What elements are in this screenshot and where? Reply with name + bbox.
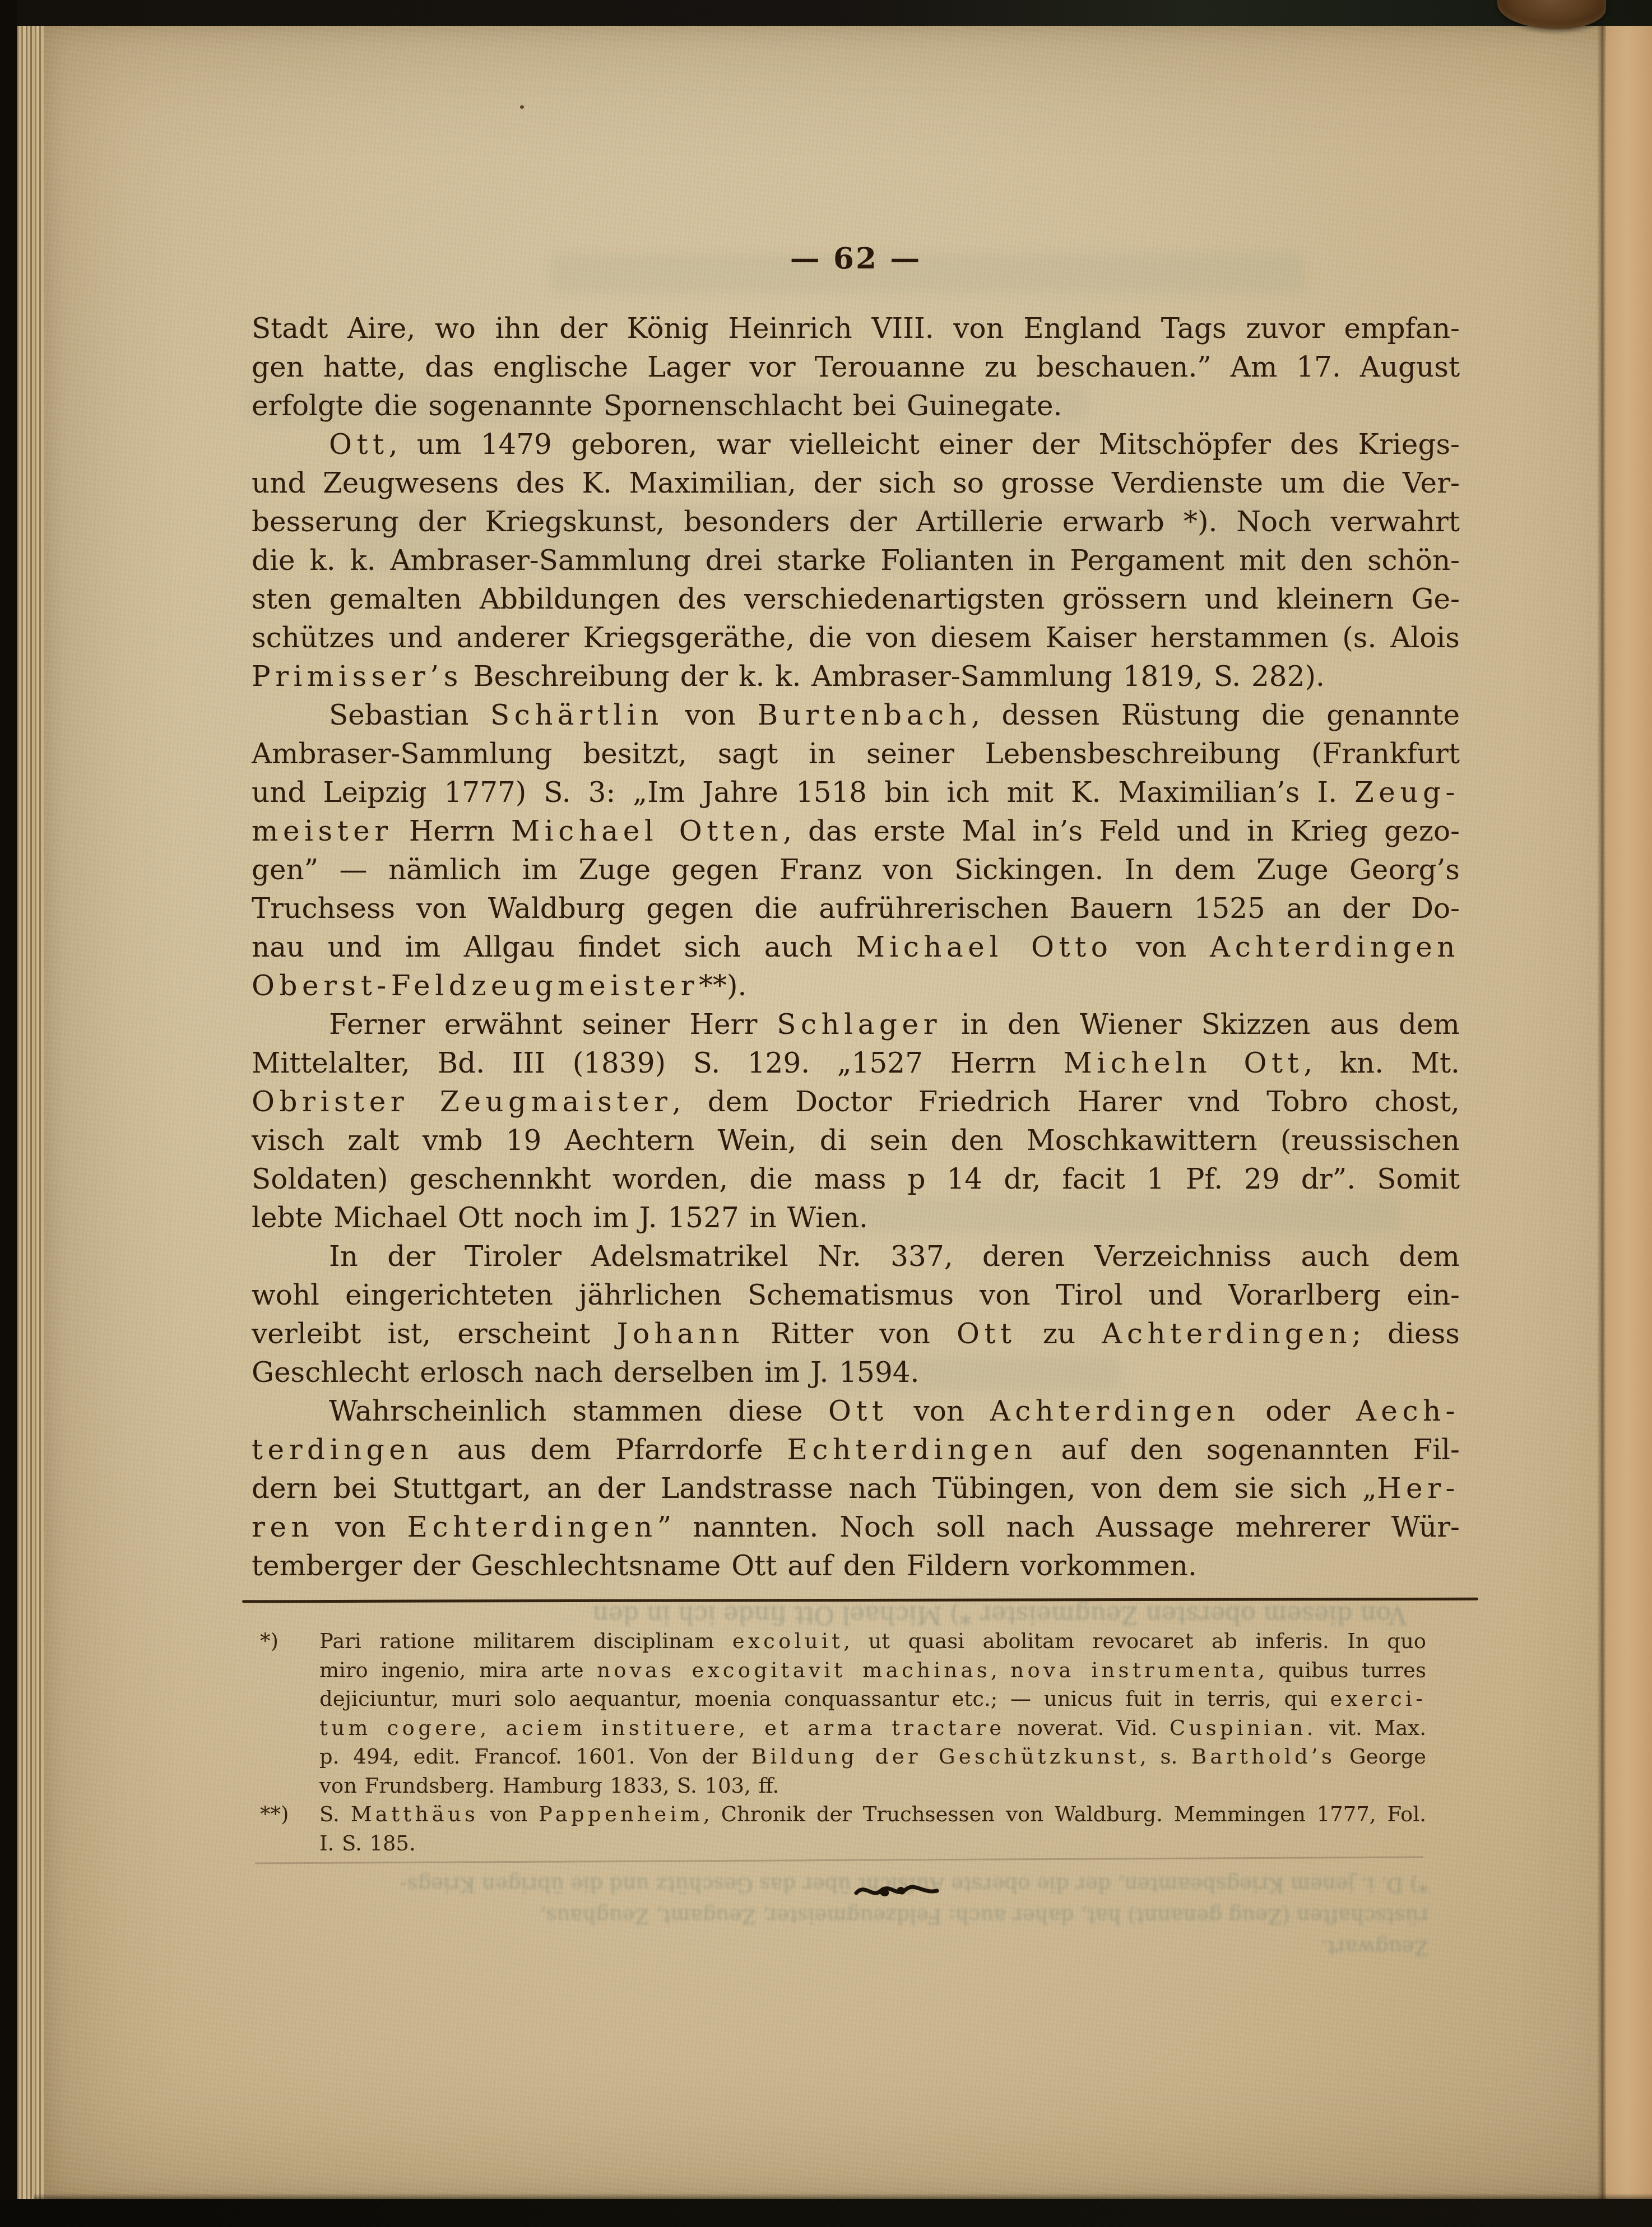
text-line: visch zalt vmb 19 Aechtern Wein, di sein…	[252, 1121, 1460, 1160]
ghost-text-line: *) D. i. jenem Kriegsbeamten, der die ob…	[252, 1869, 1428, 1900]
scan-background-top	[0, 0, 1652, 26]
letterspaced-text: Achterdingen	[990, 1395, 1240, 1427]
letterspaced-text: Oberst-Feldzeugmeister	[252, 969, 699, 1002]
text-line: Ott, um 1479 geboren, war vielleicht ein…	[252, 425, 1460, 464]
letterspaced-text: Cuspinian.	[1170, 1716, 1317, 1740]
letterspaced-text: Schlager	[777, 1008, 941, 1041]
footnote-marker: **)	[260, 1800, 289, 1829]
paper-speck	[520, 105, 524, 109]
letterspaced-text: novas excogitavit machinas	[597, 1658, 991, 1682]
page-number: — 62 —	[252, 241, 1460, 276]
letterspaced-text: excoluit	[732, 1629, 843, 1653]
letterspaced-text: Primisser’s	[252, 660, 463, 693]
letterspaced-text: Ott	[329, 428, 389, 461]
letterspaced-text: Barthold’s	[1191, 1745, 1335, 1769]
letterspaced-text: Micheln Ott	[1064, 1047, 1304, 1079]
letterspaced-text: Aech-	[1356, 1395, 1460, 1427]
text-line: Obrister Zeugmaister, dem Doctor Friedri…	[252, 1083, 1460, 1121]
letterspaced-text: Michael Otto	[856, 931, 1113, 963]
text-line: In der Tiroler Adelsmatrikel Nr. 337, de…	[252, 1237, 1460, 1276]
text-line: gen” — nämlich im Zuge gegen Franz von S…	[252, 851, 1460, 889]
text-line: tum cogere, aciem instituere, et arma tr…	[319, 1714, 1426, 1743]
text-line: lebte Michael Ott noch im J. 1527 in Wie…	[252, 1199, 1460, 1237]
text-line: dejiciuntur, muri solo aequantur, moenia…	[319, 1685, 1426, 1714]
letterspaced-text: exerci-	[1330, 1687, 1426, 1711]
text-line: *)Pari ratione militarem disciplinam exc…	[319, 1627, 1426, 1656]
text-line: Geschlecht erlosch nach derselben im J. …	[252, 1353, 1460, 1392]
text-line: und Zeugwesens des K. Maximilian, der si…	[252, 464, 1460, 503]
letterspaced-text: Obrister Zeugmaister	[252, 1085, 672, 1118]
text-line: ren von Echterdingen” nannten. Noch soll…	[252, 1508, 1460, 1547]
text-line: Ambraser-Sammlung besitzt, sagt in seine…	[252, 735, 1460, 773]
text-line: Stadt Aire, wo ihn der König Heinrich VI…	[252, 309, 1460, 348]
text-line: verleibt ist, erscheint Johann Ritter vo…	[252, 1315, 1460, 1353]
letterspaced-text: ren	[252, 1511, 314, 1543]
letterspaced-text: Echterdingen	[407, 1511, 657, 1543]
text-line: gen hatte, das englische Lager vor Terou…	[252, 348, 1460, 387]
text-line: erfolgte die sogenannte Spornenschlacht …	[252, 387, 1460, 425]
page-stack-edges	[17, 26, 44, 2199]
letterspaced-text: Achterdingen	[1210, 931, 1460, 963]
text-line: wohl eingerichteten jährlichen Schematis…	[252, 1276, 1460, 1315]
text-line: Ferner erwähnt seiner Herr Schlager in d…	[252, 1005, 1460, 1044]
letterspaced-text: Ott	[957, 1317, 1017, 1350]
text-line: dern bei Stuttgart, an der Landstrasse n…	[252, 1469, 1460, 1508]
text-line: schützes und anderer Kriegsgeräthe, die …	[252, 619, 1460, 657]
letterspaced-text: Burtenbach	[757, 699, 971, 731]
letterspaced-text: Echterdingen	[787, 1433, 1037, 1466]
letterspaced-text: Pappenheim	[539, 1802, 703, 1826]
text-line: Soldaten) geschennkht worden, die mass p…	[252, 1160, 1460, 1199]
letterspaced-text: nova instrumenta	[1010, 1658, 1258, 1682]
scan-background-left	[0, 0, 17, 2227]
letterspaced-text: Zeug-	[1354, 776, 1460, 809]
text-line: Mittelalter, Bd. III (1839) S. 129. „152…	[252, 1044, 1460, 1083]
letterspaced-text: tum cogere, aciem instituere, et arma tr…	[319, 1716, 1005, 1740]
text-line: temberger der Geschlechtsname Ott auf de…	[252, 1547, 1460, 1585]
text-line: Truchsess von Waldburg gegen die aufrühr…	[252, 889, 1460, 928]
text-line: sten gemalten Abbildungen des verschiede…	[252, 580, 1460, 619]
text-line: **)S. Matthäus von Pappenheim, Chronik d…	[319, 1800, 1426, 1829]
text-line: besserung der Kriegskunst, besonders der…	[252, 503, 1460, 541]
letterspaced-text: Bildung der Geschützkunst	[751, 1745, 1140, 1769]
text-line: terdingen aus dem Pfarrdorfe Echterdinge…	[252, 1431, 1460, 1469]
scan-background-bottom	[0, 2199, 1652, 2227]
ghost-text-line: Von diesem obersten Zeugmeister *) Micha…	[291, 1600, 1407, 1629]
adjacent-page-edge	[1606, 26, 1652, 2199]
text-line: und Leipzig 1777) S. 3: „Im Jahre 1518 b…	[252, 773, 1460, 812]
letterspaced-text: meister	[252, 815, 393, 847]
letterspaced-text: Her-	[1377, 1472, 1460, 1505]
show-through-text: Von diesem obersten Zeugmeister *) Micha…	[291, 1600, 1407, 1629]
letterspaced-text: Michael Otten	[511, 815, 783, 847]
text-line: von Frundsberg. Hamburg 1833, S. 103, ff…	[319, 1771, 1426, 1801]
show-through-text-bottom: *) D. i. jenem Kriegsbeamten, der die ob…	[252, 1869, 1428, 1963]
letterspaced-text: Johann	[616, 1317, 744, 1350]
ink-squiggle-ornament	[853, 1876, 943, 1902]
text-line: I. S. 185.	[319, 1829, 1426, 1858]
text-line: nau und im Allgau findet sich auch Micha…	[252, 928, 1460, 967]
main-text-block: Stadt Aire, wo ihn der König Heinrich VI…	[252, 309, 1460, 1585]
text-line: Wahrscheinlich stammen diese Ott von Ach…	[252, 1392, 1460, 1431]
text-line: Oberst-Feldzeugmeister**).	[252, 967, 1460, 1005]
page-gutter-crease	[1597, 26, 1606, 2199]
letterspaced-text: Achterdingen	[1102, 1317, 1352, 1350]
letterspaced-text: terdingen	[252, 1433, 433, 1466]
text-line: die k. k. Ambraser-Sammlung drei starke …	[252, 541, 1460, 580]
text-line: meister Herrn Michael Otten, das erste M…	[252, 812, 1460, 851]
ghost-text-line: rüstschaften (Zeug genannt) hat, daher a…	[252, 1900, 1428, 1932]
footnotes-block: *)Pari ratione militarem disciplinam exc…	[319, 1627, 1426, 1858]
letterspaced-text: Schärtlin	[490, 699, 663, 731]
footnote-marker: *)	[260, 1627, 279, 1656]
text-line: Primisser’s Beschreibung der k. k. Ambra…	[252, 657, 1460, 696]
letterspaced-text: Matthäus	[351, 1802, 479, 1826]
ghost-text-line: Zeugwart.	[252, 1932, 1428, 1963]
text-line: p. 494, edit. Francof. 1601. Von der Bil…	[319, 1742, 1426, 1771]
text-line: miro ingenio, mira arte novas excogitavi…	[319, 1656, 1426, 1685]
text-line: Sebastian Schärtlin von Burtenbach, dess…	[252, 696, 1460, 735]
letterspaced-text: Ott	[828, 1395, 888, 1427]
